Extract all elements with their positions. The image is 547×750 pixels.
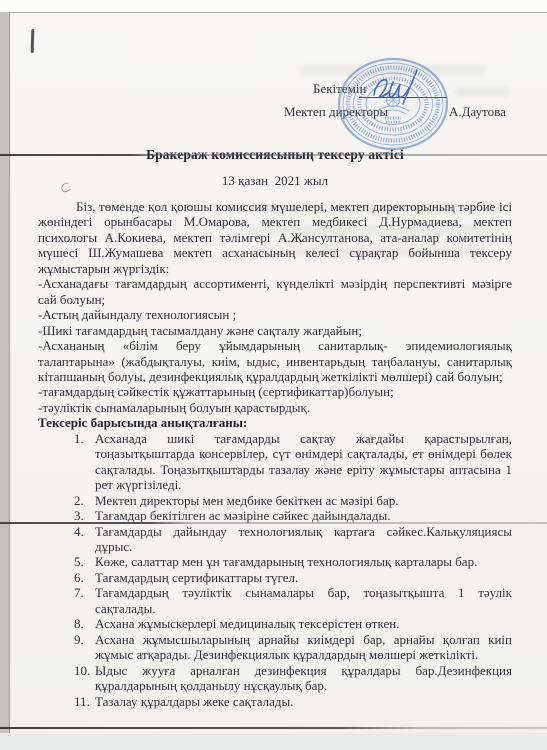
check-item: -Шикі тағамдардың тасымалдану және сақта… (38, 323, 512, 338)
finding-number: 11. (74, 694, 90, 709)
finding-item: 7. Тағамдардың тәуліктік сынамалары бар,… (38, 585, 512, 616)
check-item: -Асхананың «білім беру ұйымдарының санит… (38, 338, 512, 384)
finding-text: Тағамдардың тәуліктік сынамалары бар, то… (95, 585, 512, 615)
finding-text: Тағамдардың сертификаттары түгел. (95, 570, 298, 585)
finding-number: 7. (74, 585, 84, 600)
intro-paragraph: Біз, төменде қол қоюшы комиссия мүшелері… (38, 199, 512, 276)
finding-item: 2. Мектеп директоры мен медбике бекіткен… (38, 493, 512, 508)
document-body: Бракераж комиссиясының тексеру актісі 13… (38, 147, 512, 709)
finding-number: 1. (74, 431, 84, 446)
finding-item: 6. Тағамдардың сертификаттары түгел. (38, 570, 512, 585)
scan-fold-line (0, 727, 547, 729)
check-item: -Астың дайындалу технологиясын ; (38, 307, 512, 322)
scan-left-edge (0, 12, 10, 734)
finding-item: 11. Тазалау құралдары жеке сақталады. (38, 694, 512, 709)
scan-fold-line (0, 154, 547, 156)
finding-text: Мектеп директоры мен медбике бекіткен ас… (95, 493, 399, 508)
scan-bottom-edge (0, 733, 547, 750)
finding-number: 8. (74, 616, 84, 631)
document-date: 13 қазан 2021 жыл (38, 173, 512, 189)
signature-ink (360, 66, 440, 111)
scan-top-edge (0, 0, 547, 13)
findings-heading: Тексеріс барысында анықталғаны: (38, 415, 512, 430)
finding-text: Тағамдар бекітілген ас мәзіріне сәйкес д… (95, 508, 391, 523)
scanned-document-page: Бекітемін Мектеп директоры А.Даутова (0, 0, 547, 750)
finding-text: Тағамдарды дайындау технологиялық картағ… (95, 524, 512, 554)
finding-text: Асхана жұмысшыларының арнайы киімдері ба… (95, 632, 512, 662)
finding-item: 9. Асхана жұмысшыларының арнайы киімдері… (38, 632, 512, 663)
bleed-through-ghost (455, 88, 510, 96)
director-name: А.Даутова (449, 104, 506, 120)
finding-item: 10. Ыдыс жууға арналған дезинфекция құра… (38, 663, 512, 694)
finding-number: 10. (74, 663, 90, 678)
finding-number: 6. (74, 570, 84, 585)
check-item: -Асханадағы тағамдардың ассортименті, кү… (38, 276, 512, 307)
scan-fold-line (0, 522, 547, 524)
finding-text: Тазалау құралдары жеке сақталады. (95, 694, 294, 709)
finding-text: Асханада шикі тағамдарды сақтау жағдайы … (95, 431, 512, 492)
check-item: -тағамдардың сәйкестік құжаттарының (сер… (38, 384, 512, 399)
finding-text: Асхана жұмыскерлері медициналық тексеріс… (95, 616, 399, 631)
finding-item: 4. Тағамдарды дайындау технологиялық кар… (38, 524, 512, 555)
finding-item: 8. Асхана жұмыскерлері медициналық тексе… (38, 616, 512, 631)
finding-number: 2. (74, 493, 84, 508)
pen-mark (31, 29, 34, 53)
finding-number: 5. (74, 554, 84, 569)
finding-item: 5. Көже, салаттар мен ұн тағамдарының те… (38, 554, 512, 569)
finding-text: Ыдыс жууға арналған дезинфекция құралдар… (95, 663, 512, 693)
finding-number: 9. (74, 632, 84, 647)
finding-text: Көже, салаттар мен ұн тағамдарының техно… (95, 554, 477, 569)
finding-number: 4. (74, 524, 84, 539)
check-item: -тәуліктік сынамаларының болуын қарастыр… (38, 400, 512, 415)
finding-item: 1. Асханада шикі тағамдарды сақтау жағда… (38, 431, 512, 493)
